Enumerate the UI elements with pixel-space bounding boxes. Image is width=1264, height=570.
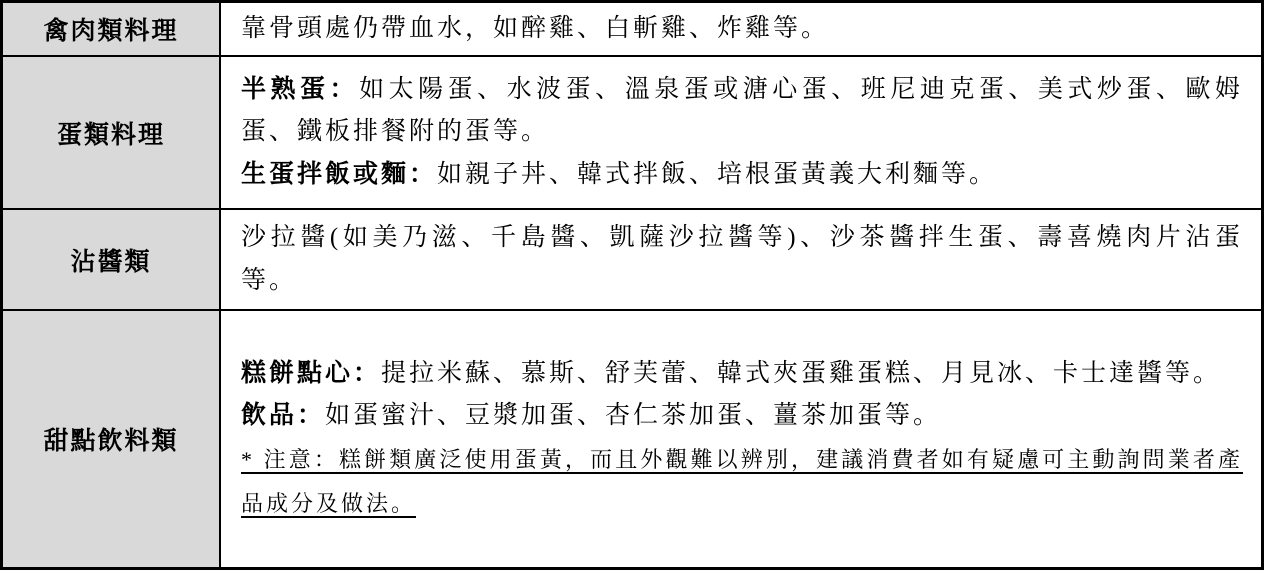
paragraph: 沙拉醬(如美乃滋、千島醬、凱薩沙拉醬等)、沙茶醬拌生蛋、壽喜燒肉片沾蛋等。: [241, 217, 1243, 302]
paragraph-bold-label: 生蛋拌飯或麵：: [241, 161, 437, 188]
paragraph: 半熟蛋：如太陽蛋、水波蛋、溫泉蛋或溏心蛋、班尼迪克蛋、美式炒蛋、歐姆蛋、鐵板排餐…: [241, 69, 1243, 154]
paragraph-text: 如蛋蜜汁、豆漿加蛋、杏仁茶加蛋、薑茶加蛋等。: [325, 402, 941, 429]
paragraph-text: 如親子丼、韓式拌飯、培根蛋黃義大利麵等。: [437, 161, 997, 188]
table-row-desserts-drinks: 甜點飲料類 糕餅點心：提拉米蘇、慕斯、舒芙蕾、韓式夾蛋雞蛋糕、月見冰、卡士達醬等…: [3, 309, 1261, 567]
category-cell: 甜點飲料類: [3, 311, 221, 567]
paragraph-text: 如太陽蛋、水波蛋、溫泉蛋或溏心蛋、班尼迪克蛋、美式炒蛋、歐姆蛋、鐵板排餐附的蛋等…: [241, 76, 1243, 146]
table-row-dipping-sauces: 沾醬類 沙拉醬(如美乃滋、千島醬、凱薩沙拉醬等)、沙茶醬拌生蛋、壽喜燒肉片沾蛋等…: [3, 208, 1261, 309]
paragraph-text: 提拉米蘇、慕斯、舒芙蕾、韓式夾蛋雞蛋糕、月見冰、卡士達醬等。: [381, 360, 1221, 387]
paragraph: 靠骨頭處仍帶血水，如醉雞、白斬雞、炸雞等。: [241, 8, 1243, 51]
document-page: 禽肉類料理 靠骨頭處仍帶血水，如醉雞、白斬雞、炸雞等。 蛋類料理 半熟蛋：如太陽…: [0, 0, 1264, 570]
note-text: * 注意：糕餅類廣泛使用蛋黃，而且外觀難以辨別，建議消費者如有疑慮可主動詢問業者…: [241, 447, 1243, 516]
paragraph: 飲品：如蛋蜜汁、豆漿加蛋、杏仁茶加蛋、薑茶加蛋等。: [241, 395, 1243, 438]
content-cell: 半熟蛋：如太陽蛋、水波蛋、溫泉蛋或溏心蛋、班尼迪克蛋、美式炒蛋、歐姆蛋、鐵板排餐…: [221, 57, 1261, 208]
category-label: 沾醬類: [70, 242, 151, 278]
category-label: 蛋類料理: [57, 115, 165, 151]
egg-dish-category-table: 禽肉類料理 靠骨頭處仍帶血水，如醉雞、白斬雞、炸雞等。 蛋類料理 半熟蛋：如太陽…: [0, 0, 1264, 570]
paragraph: 生蛋拌飯或麵：如親子丼、韓式拌飯、培根蛋黃義大利麵等。: [241, 154, 1243, 197]
content-cell: 糕餅點心：提拉米蘇、慕斯、舒芙蕾、韓式夾蛋雞蛋糕、月見冰、卡士達醬等。 飲品：如…: [221, 311, 1261, 567]
paragraph-text: 靠骨頭處仍帶血水，如醉雞、白斬雞、炸雞等。: [241, 15, 829, 42]
paragraph-bold-label: 飲品：: [241, 402, 325, 429]
paragraph-text: 沙拉醬(如美乃滋、千島醬、凱薩沙拉醬等)、沙茶醬拌生蛋、壽喜燒肉片沾蛋等。: [241, 224, 1243, 294]
paragraph-bold-label: 糕餅點心：: [241, 360, 381, 387]
note-paragraph: * 注意：糕餅類廣泛使用蛋黃，而且外觀難以辨別，建議消費者如有疑慮可主動詢問業者…: [241, 438, 1243, 526]
content-cell: 靠骨頭處仍帶血水，如醉雞、白斬雞、炸雞等。: [221, 3, 1261, 55]
category-cell: 蛋類料理: [3, 57, 221, 208]
paragraph: 糕餅點心：提拉米蘇、慕斯、舒芙蕾、韓式夾蛋雞蛋糕、月見冰、卡士達醬等。: [241, 353, 1243, 396]
paragraph-bold-label: 半熟蛋：: [241, 76, 359, 103]
category-cell: 沾醬類: [3, 210, 221, 309]
table-row-egg-dishes: 蛋類料理 半熟蛋：如太陽蛋、水波蛋、溫泉蛋或溏心蛋、班尼迪克蛋、美式炒蛋、歐姆蛋…: [3, 55, 1261, 208]
category-cell: 禽肉類料理: [3, 3, 221, 55]
category-label: 甜點飲料類: [43, 421, 178, 457]
content-cell: 沙拉醬(如美乃滋、千島醬、凱薩沙拉醬等)、沙茶醬拌生蛋、壽喜燒肉片沾蛋等。: [221, 210, 1261, 309]
category-label: 禽肉類料理: [43, 11, 178, 47]
table-row-poultry: 禽肉類料理 靠骨頭處仍帶血水，如醉雞、白斬雞、炸雞等。: [3, 3, 1261, 55]
